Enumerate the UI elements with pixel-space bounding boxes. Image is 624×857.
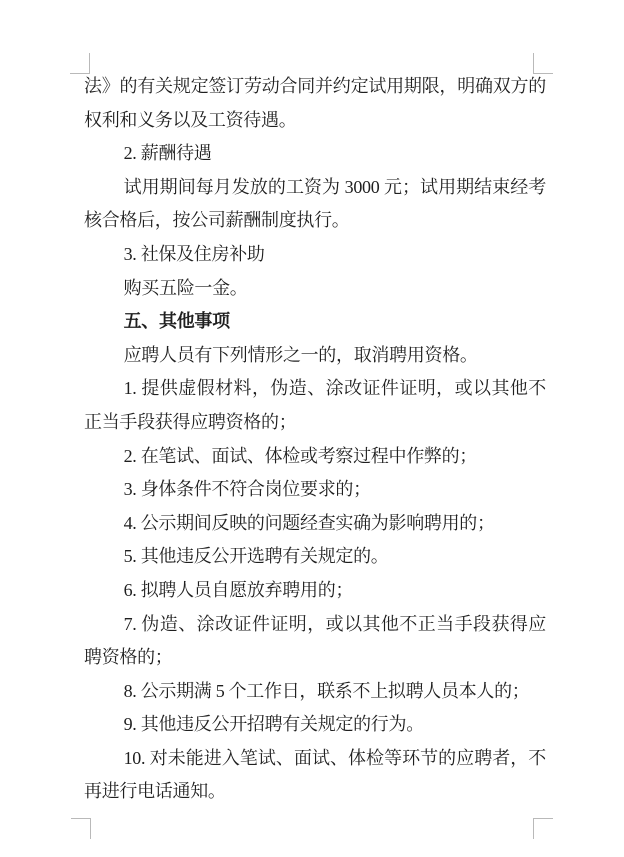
paragraph-salary-detail: 试用期间每月发放的工资为 3000 元；试用期结束经考核合格后，按公司薪酬制度执… <box>84 171 546 238</box>
list-item-8: 8. 公示期满 5 个工作日，联系不上拟聘人员本人的； <box>84 675 546 709</box>
list-item-1: 1. 提供虚假材料，伪造、涂改证件证明，或以其他不正当手段获得应聘资格的； <box>84 372 546 439</box>
margin-mark-bottom-right <box>533 818 553 839</box>
list-item-4: 4. 公示期间反映的问题经查实确为影响聘用的； <box>84 507 546 541</box>
list-item-5: 5. 其他违反公开选聘有关规定的。 <box>84 540 546 574</box>
margin-mark-bottom-left <box>71 818 91 839</box>
paragraph-continuation: 法》的有关规定签订劳动合同并约定试用期限，明确双方的权利和义务以及工资待遇。 <box>84 70 546 137</box>
paragraph-insurance-detail: 购买五险一金。 <box>84 272 546 306</box>
list-item-9: 9. 其他违反公开招聘有关规定的行为。 <box>84 708 546 742</box>
paragraph-intro: 应聘人员有下列情形之一的，取消聘用资格。 <box>84 339 546 373</box>
document-body: 法》的有关规定签订劳动合同并约定试用期限，明确双方的权利和义务以及工资待遇。 2… <box>84 70 546 809</box>
paragraph-insurance-heading: 3. 社保及住房补助 <box>84 238 546 272</box>
list-item-2: 2. 在笔试、面试、体检或考察过程中作弊的； <box>84 440 546 474</box>
list-item-7: 7. 伪造、涂改证件证明，或以其他不正当手段获得应聘资格的； <box>84 608 546 675</box>
list-item-10: 10. 对未能进入笔试、面试、体检等环节的应聘者，不再进行电话通知。 <box>84 742 546 809</box>
list-item-3: 3. 身体条件不符合岗位要求的； <box>84 473 546 507</box>
paragraph-salary-heading: 2. 薪酬待遇 <box>84 137 546 171</box>
list-item-6: 6. 拟聘人员自愿放弃聘用的； <box>84 574 546 608</box>
section-heading-other-matters: 五、其他事项 <box>84 305 546 339</box>
document-page: 法》的有关规定签订劳动合同并约定试用期限，明确双方的权利和义务以及工资待遇。 2… <box>0 0 624 857</box>
